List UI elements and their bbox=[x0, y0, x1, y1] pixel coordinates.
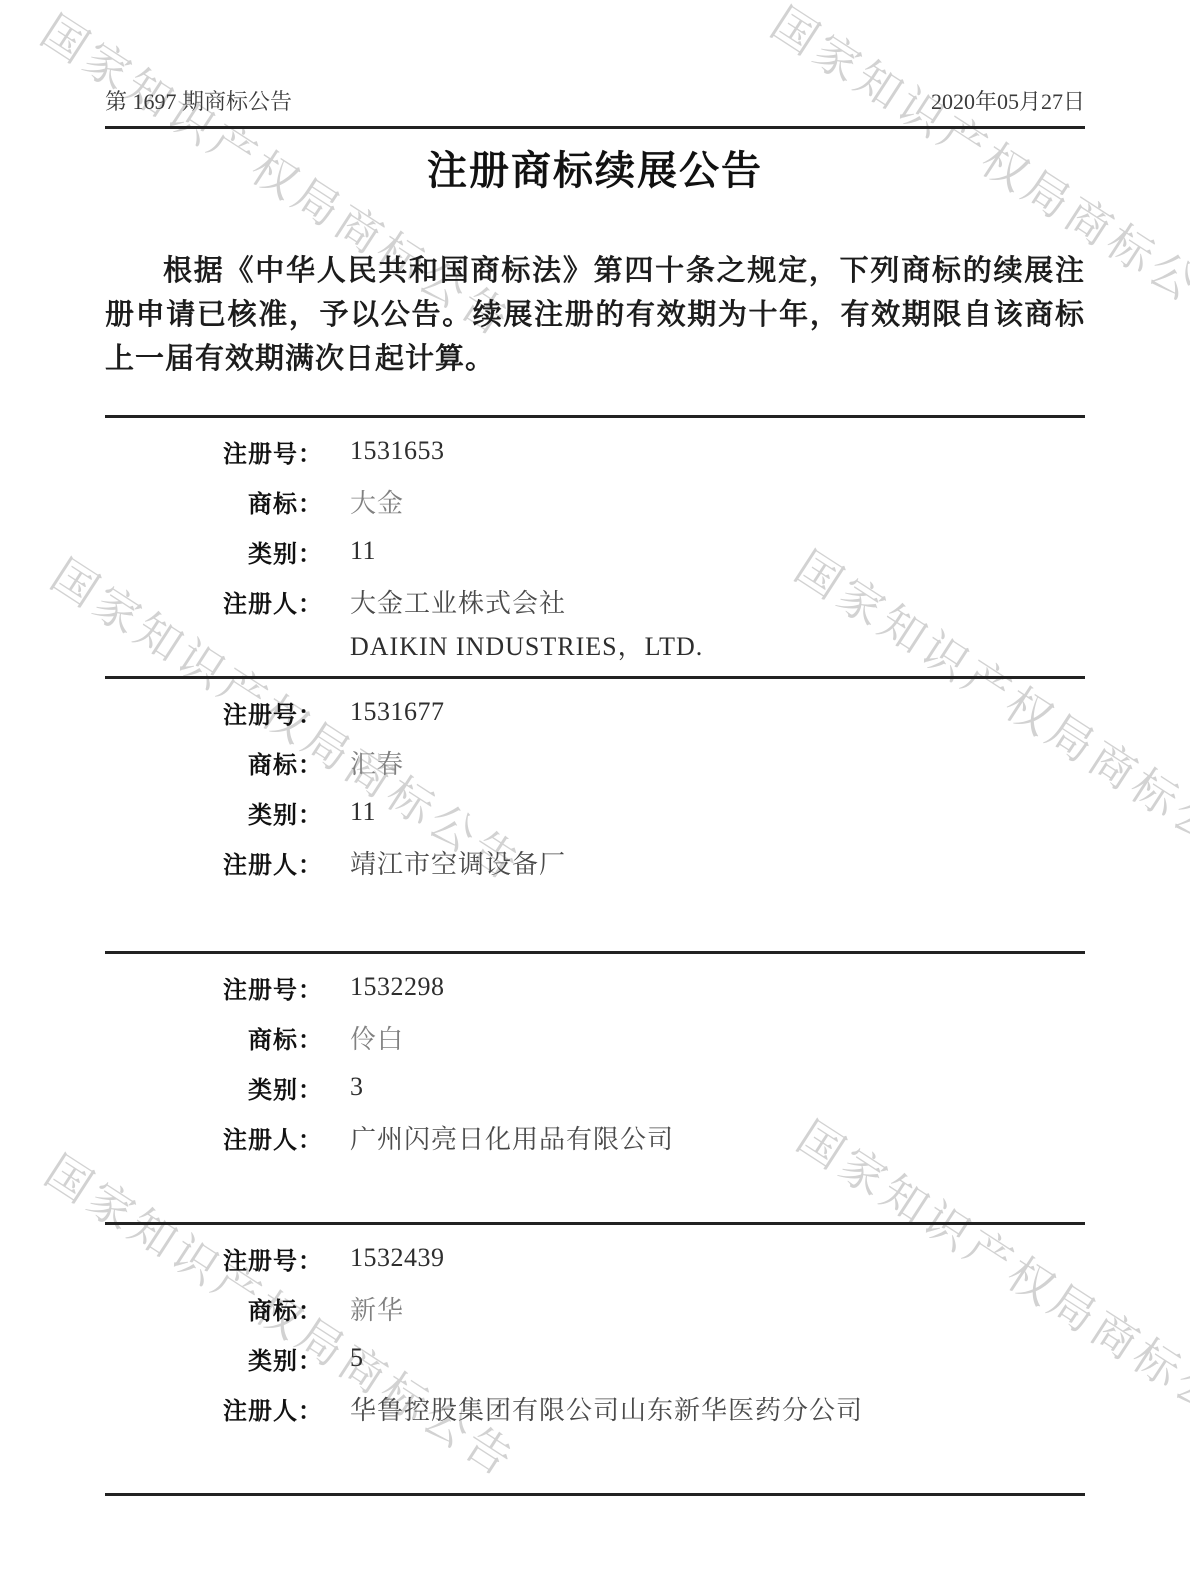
field-row: 类别： 5 bbox=[105, 1333, 1085, 1383]
field-value-trademark: 大金 bbox=[350, 483, 404, 520]
field-row: 类别： 11 bbox=[105, 526, 1085, 576]
header-rule bbox=[105, 126, 1085, 129]
field-row: 商标： 大金 bbox=[105, 476, 1085, 526]
field-value-registrant-en: DAIKIN INDUSTRIES，LTD. bbox=[350, 626, 703, 663]
field-row: 商标： 新华 bbox=[105, 1283, 1085, 1333]
field-label-trademark: 商标： bbox=[105, 745, 323, 780]
entry: 注册号： 1531653 商标： 大金 类别： 11 注册人： 大金工业株式会社… bbox=[105, 418, 1085, 676]
field-value-registrant: 华鲁控股集团有限公司山东新华医药分公司 bbox=[350, 1390, 863, 1427]
field-row: 注册人： 靖江市空调设备厂 bbox=[105, 837, 1085, 887]
field-row: 商标： 伶白 bbox=[105, 1012, 1085, 1062]
issue-number: 第 1697 期商标公告 bbox=[105, 88, 292, 116]
field-label-trademark: 商标： bbox=[105, 484, 323, 519]
page-header: 第 1697 期商标公告 2020年05月27日 bbox=[105, 0, 1085, 116]
field-label-registration-no: 注册号： bbox=[105, 695, 323, 730]
field-row: DAIKIN INDUSTRIES，LTD. bbox=[105, 626, 1085, 662]
field-value-category: 11 bbox=[350, 536, 376, 566]
field-value-trademark: 汇春 bbox=[350, 744, 404, 781]
field-row: 注册人： 大金工业株式会社 bbox=[105, 576, 1085, 626]
field-label-registrant: 注册人： bbox=[105, 1391, 323, 1426]
field-label-registrant: 注册人： bbox=[105, 1120, 323, 1155]
field-row: 注册号： 1532439 bbox=[105, 1233, 1085, 1283]
entry: 注册号： 1532298 商标： 伶白 类别： 3 注册人： 广州闪亮日化用品有… bbox=[105, 954, 1085, 1222]
field-value-registrant: 大金工业株式会社 bbox=[350, 583, 566, 620]
field-row: 注册号： 1531677 bbox=[105, 687, 1085, 737]
field-value-category: 11 bbox=[350, 797, 376, 827]
separator-line bbox=[105, 1493, 1085, 1496]
field-label-category: 类别： bbox=[105, 1341, 323, 1376]
field-row: 注册号： 1532298 bbox=[105, 962, 1085, 1012]
field-value-registrant: 靖江市空调设备厂 bbox=[350, 844, 566, 881]
entry: 注册号： 1532439 商标： 新华 类别： 5 注册人： 华鲁控股集团有限公… bbox=[105, 1225, 1085, 1493]
field-row: 注册号： 1531653 bbox=[105, 426, 1085, 476]
field-label-registrant: 注册人： bbox=[105, 584, 323, 619]
field-label-registrant: 注册人： bbox=[105, 845, 323, 880]
field-label-registration-no: 注册号： bbox=[105, 970, 323, 1005]
field-value-trademark: 新华 bbox=[350, 1290, 404, 1327]
intro-paragraph: 根据《中华人民共和国商标法》第四十条之规定，下列商标的续展注册申请已核准，予以公… bbox=[105, 249, 1085, 381]
page-title: 注册商标续展公告 bbox=[105, 147, 1085, 195]
field-label-registration-no: 注册号： bbox=[105, 1241, 323, 1276]
field-row: 注册人： 广州闪亮日化用品有限公司 bbox=[105, 1112, 1085, 1162]
gazette-page: 国家知识产权局商标公告 国家知识产权局商标公告 国家知识产权局商标公告 国家知识… bbox=[0, 0, 1190, 1596]
field-value-category: 5 bbox=[350, 1343, 364, 1373]
field-row: 类别： 3 bbox=[105, 1062, 1085, 1112]
field-row: 注册人： 华鲁控股集团有限公司山东新华医药分公司 bbox=[105, 1383, 1085, 1433]
field-value-registrant: 广州闪亮日化用品有限公司 bbox=[350, 1119, 674, 1156]
field-label-trademark: 商标： bbox=[105, 1020, 323, 1055]
page-content: 第 1697 期商标公告 2020年05月27日 注册商标续展公告 根据《中华人… bbox=[105, 0, 1085, 1496]
field-label-category: 类别： bbox=[105, 534, 323, 569]
field-label-trademark: 商标： bbox=[105, 1291, 323, 1326]
entry: 注册号： 1531677 商标： 汇春 类别： 11 注册人： 靖江市空调设备厂 bbox=[105, 679, 1085, 951]
field-value-trademark: 伶白 bbox=[350, 1019, 404, 1056]
field-value-registration-no: 1531677 bbox=[350, 697, 445, 727]
gazette-date: 2020年05月27日 bbox=[931, 88, 1085, 116]
field-value-registration-no: 1532298 bbox=[350, 972, 445, 1002]
field-row: 商标： 汇春 bbox=[105, 737, 1085, 787]
field-value-registration-no: 1531653 bbox=[350, 436, 445, 466]
field-row: 类别： 11 bbox=[105, 787, 1085, 837]
field-label-registration-no: 注册号： bbox=[105, 434, 323, 469]
field-value-category: 3 bbox=[350, 1072, 364, 1102]
field-label-category: 类别： bbox=[105, 795, 323, 830]
field-label-category: 类别： bbox=[105, 1070, 323, 1105]
field-value-registration-no: 1532439 bbox=[350, 1243, 445, 1273]
